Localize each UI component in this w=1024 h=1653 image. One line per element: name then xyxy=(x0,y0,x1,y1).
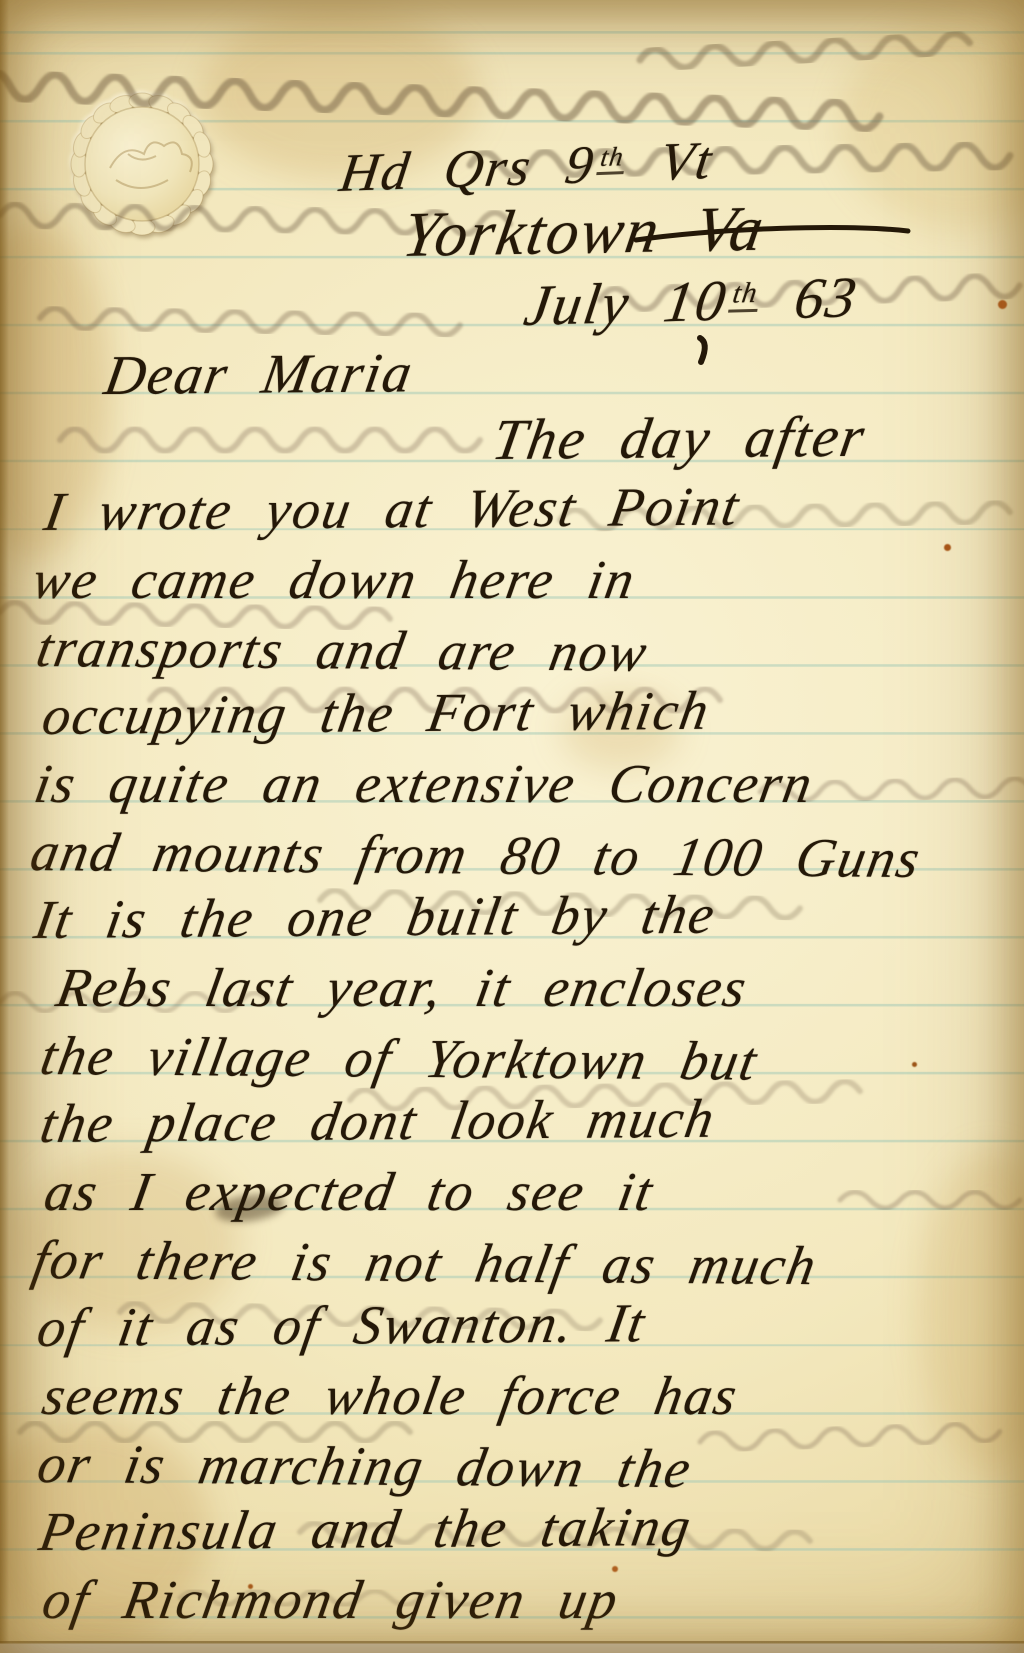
heading-unit-pre: Hd Qrs 9 xyxy=(336,134,599,203)
letter-line-17: of Richmond given up xyxy=(38,1568,624,1631)
letter-line-15: or is marching down the xyxy=(33,1432,697,1500)
letter-line-10: the place dont look much xyxy=(36,1087,720,1155)
letter-line-16: Peninsula and the taking xyxy=(35,1495,697,1563)
letter-line-7: It is the one built by the xyxy=(30,883,721,951)
letter-line-6: and mounts from 80 to 100 Guns xyxy=(26,820,927,890)
heading-place-line: Yorktown Va xyxy=(398,192,770,272)
letter-line-5: is quite an extensive Concern xyxy=(30,752,819,815)
letter-line-1: I wrote you at West Point xyxy=(40,475,745,543)
heading-date-sup: th xyxy=(728,277,762,313)
left-page-edge xyxy=(0,0,9,1653)
letter-line-4: occupying the Fort which xyxy=(38,679,715,747)
letter-line-9: the village of Yorktown but xyxy=(36,1024,763,1093)
heading-unit-post: Vt xyxy=(623,130,717,193)
letter-line-8: Rebs last year, it encloses xyxy=(52,956,753,1019)
heading-date-line: July 10th 63 xyxy=(520,263,863,339)
letter-line-11: as I expected to see it xyxy=(40,1160,659,1223)
salutation: Dear Maria xyxy=(100,341,418,408)
letter-text: Hd Qrs 9th Vt Yorktown Va July 10th 63 D… xyxy=(0,0,1024,1653)
opening-phrase: The day after xyxy=(488,403,871,473)
letter-line-14: seems the whole force has xyxy=(38,1364,743,1427)
letter-line-12: for there is not half as much xyxy=(28,1228,823,1297)
letter-line-13: of it as of Swanton. It xyxy=(33,1291,651,1359)
letter-line-3: transports and are now xyxy=(32,616,654,684)
heading-unit-sup: th xyxy=(596,141,628,175)
letter-line-2: we came down here in xyxy=(28,548,641,611)
bottom-page-edge xyxy=(0,1641,1024,1653)
heading-date-pre: July 10 xyxy=(520,268,732,338)
letter-page: Hd Qrs 9th Vt Yorktown Va July 10th 63 D… xyxy=(0,0,1024,1653)
heading-date-post: 63 xyxy=(756,264,863,332)
